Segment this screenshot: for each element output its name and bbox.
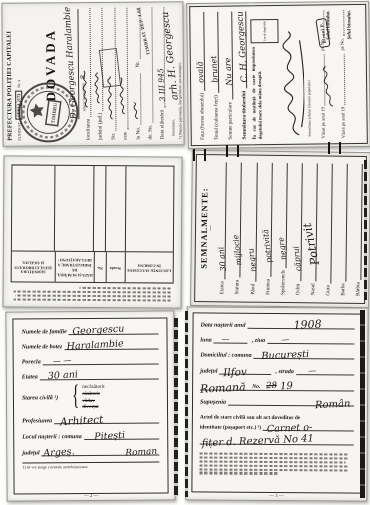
starea-civila-row: Starea civilă ¹) { necăsătorit căsătorit… [22, 384, 159, 412]
row-value-handwriting: potrivită [262, 229, 273, 263]
fingerprint-note: În caz de neștiință de carte impresiunea… [251, 47, 280, 139]
fingerprint-box: Locul degetului [250, 19, 278, 43]
dovada-panel: PREFECTURA POLIȚIEI CAPITALEI ELIBERAT S… [1, 1, 184, 147]
locul-nasterii-handwriting: Pitești [93, 431, 124, 442]
strada-continuare-handwriting: Romană [200, 382, 246, 395]
row-label: Bărbia [355, 282, 361, 296]
strada-label: , strada [276, 369, 294, 375]
sef-birou-label-2: Șeful biroului. [347, 10, 354, 138]
brace-glyph: { [72, 381, 79, 413]
row-value-handwriting: mijlocie [232, 234, 243, 266]
page2-footnote: 1) Se vor șterge cuvintele netrebuincioa… [22, 462, 159, 470]
nume-botez-handwriting: Haralambie [66, 340, 124, 353]
row-value-handwriting: căprui [292, 246, 303, 272]
col-data: DATA ȘI NUMĂRUL DE ÎNREGISTRARE A DECLAR… [54, 252, 93, 282]
identity-page2-panel: Numele de familie Georgescu Numele de bo… [5, 310, 175, 501]
row-label: Fruntea [265, 279, 271, 295]
semnalmente-panel: SEMNALMENTE: — Etatea30 ani Staturamijlo… [190, 150, 370, 308]
locuinte-page: LOCUINȚE SUCCESIVE ÎN COMUNA Strada No. … [3, 156, 181, 307]
no-struck-handwriting: 28 [266, 382, 277, 391]
act-value2-handwriting: fițer d. Rezervă No 41 [202, 434, 315, 449]
row-value-handwriting: negru [247, 248, 257, 272]
chief-signature-label: Semnătura șefului biroului populației [306, 11, 312, 137]
col-locuinte: LOCUINȚE SUCCESIVE ÎN COMUNA [124, 252, 173, 282]
judetul-extra-handwriting: Roman [125, 448, 157, 459]
porecla-label: Porecla [22, 359, 41, 365]
ziua-label: , ziua [252, 338, 265, 344]
nume-familie-label: Numele de familie [21, 329, 66, 335]
chief-signature-squiggle [281, 27, 304, 139]
strada-handwriting: — [308, 367, 316, 375]
option-divortat: divorțat [82, 404, 105, 411]
vazut-label-2: Văzut pe anul 19 [341, 107, 346, 138]
staple-mark [328, 142, 341, 154]
profesiunea-label: Profesiunea [22, 418, 52, 424]
fata-value-handwriting: ovală [196, 61, 205, 83]
field-este-label: este [123, 132, 129, 140]
page2-number: — 2 — [8, 493, 175, 499]
instructions-fine-print [14, 287, 171, 302]
col-semnatura: SEMNĂTURA ȘEFULUI BIROULUI ȘI SIGILIUL [12, 252, 55, 282]
staple-mark [226, 145, 239, 157]
supusenia-handwriting: Român [314, 400, 350, 412]
scanned-identity-documents: PREFECTURA POLIȚIEI CAPITALEI ELIBERAT S… [0, 0, 370, 505]
tenul-value-handwriting: brunet [210, 56, 220, 84]
row-label: Nasul [310, 283, 316, 295]
row-label: Statura [235, 280, 241, 295]
row-value-handwriting: Potrivit [302, 222, 322, 266]
fizionomie-panel: Fața (forma obrazului) ovală Tenul (culo… [186, 1, 370, 149]
binding-stitch-left [174, 318, 178, 496]
starea-civila-label: Starea civilă ¹) [22, 395, 58, 401]
anul-handwriting: 1908 [293, 319, 321, 331]
row-value-handwriting: negre [277, 236, 287, 260]
issuer-title: PREFECTURA POLIȚIEI CAPITALEI [6, 9, 13, 141]
dovada-fields: localitatea județul (jud.) Str. este la … [81, 7, 167, 140]
domiciliul-label: Domiciliul : comuna [200, 352, 251, 358]
luna-label: luna [200, 337, 211, 343]
row-label: Ochii [295, 284, 301, 296]
page3-number: — 3 — [186, 493, 366, 499]
data-nasterii-label: Data nașterii anul [201, 322, 246, 328]
field-nr-label: Nr. [134, 61, 140, 68]
field-data-eliberarii-label: Data eliberării [160, 110, 166, 140]
semne-value-handwriting: Nu are [224, 58, 234, 86]
fizionomie-page: Fața (forma obrazului) ovală Tenul (culo… [187, 2, 370, 148]
option-necasatorit: necăsătorit [82, 384, 105, 391]
no-handwriting: 19 [280, 382, 293, 393]
locul-nasterii-label: Locul nașterii : comuna [22, 434, 82, 440]
vazut-section: Văzut pe anul 19 pe No. Șeful biroului. … [315, 10, 353, 138]
porecla-handwriting: — — [52, 357, 71, 366]
luna-handwriting: — [222, 335, 230, 343]
row-label: Gura [325, 285, 331, 295]
etatea-label: Etatea [22, 374, 38, 380]
dovada-footnote: *) Numele patronului, întreprinderii sau… [177, 7, 182, 139]
field-de-str-label: de. Str. [147, 125, 153, 140]
dovada-title: DOVADA [43, 28, 60, 102]
act-label-line2: identitate (pașaport etc.) ¹) [200, 425, 261, 431]
col-strada: Strada [105, 252, 124, 282]
etatea-handwriting: 30 ani [48, 371, 79, 382]
fata-label: Fața (forma obrazului) [199, 93, 206, 140]
field-str-label: Str. [110, 133, 116, 140]
page-edge-shadow [360, 310, 365, 498]
semnatura-titular-label: Semnătura titularului [241, 91, 248, 140]
nume-botez-label: Numele de botez [22, 344, 63, 350]
nume-familie-handwriting: Georgescu [73, 325, 125, 338]
pe-no-label-2: pe No. [340, 38, 345, 50]
act-value1-handwriting: Carnet o- [267, 423, 313, 435]
empty-table-body [12, 166, 174, 252]
semnalmente-page: SEMNALMENTE: — Etatea30 ani Staturamijlo… [191, 151, 370, 307]
judetul3-label: județul [200, 368, 217, 374]
signature-label: Semnătura, [171, 119, 175, 136]
supusenia-label: Supușenia [200, 399, 226, 405]
col-no: No. [94, 252, 106, 282]
field-localitatea-label: localitatea [85, 119, 91, 140]
identity-page3-panel: Data nașterii anul 1908 luna — , ziua — … [185, 306, 368, 501]
dovada-page: PREFECTURA POLIȚIEI CAPITALEI ELIBERAT S… [2, 2, 183, 146]
title-dash: — [208, 162, 215, 294]
page3-fine-print [200, 453, 354, 476]
row-label: Sprâncenele [280, 270, 286, 295]
row-value-handwriting: 30 ani [217, 246, 227, 271]
domiciliul-handwriting: București [261, 350, 309, 362]
residences-table: LOCUINȚE SUCCESIVE ÎN COMUNA Strada No. … [11, 165, 175, 284]
tenul-label: Tenul (culoarea feței) [213, 95, 220, 140]
profesiunea-handwriting: Arhitect [60, 414, 104, 427]
field-judetul-label: județul (jud.) [98, 113, 104, 140]
field-la-no-label: la No. [135, 127, 141, 140]
row-label: Părul [250, 284, 256, 295]
no-label: No. [252, 384, 260, 390]
star-icon [29, 103, 45, 119]
vazut-label-1: Văzut pe anul 19 [320, 107, 325, 138]
middle-booklet-stitch [364, 160, 367, 300]
locuinte-panel: LOCUINȚE SUCCESIVE ÎN COMUNA Strada No. … [2, 155, 182, 308]
judetul-label: județul [22, 450, 39, 456]
row-label: Etatea [220, 281, 226, 294]
semne-label: Semne particulare [227, 102, 233, 140]
fingerprint-box-label: Locul degetului [262, 21, 266, 41]
judetul-handwriting: Argeș. [43, 448, 75, 459]
ziua-handwriting: — [281, 336, 289, 344]
binding-stitch-right [185, 311, 188, 497]
titular-signature-handwriting: C. H. Georgescu [237, 11, 250, 83]
judetul3-handwriting: Ilfov [223, 367, 247, 379]
row-label: Barba [340, 283, 346, 295]
staple-mark [193, 149, 206, 161]
